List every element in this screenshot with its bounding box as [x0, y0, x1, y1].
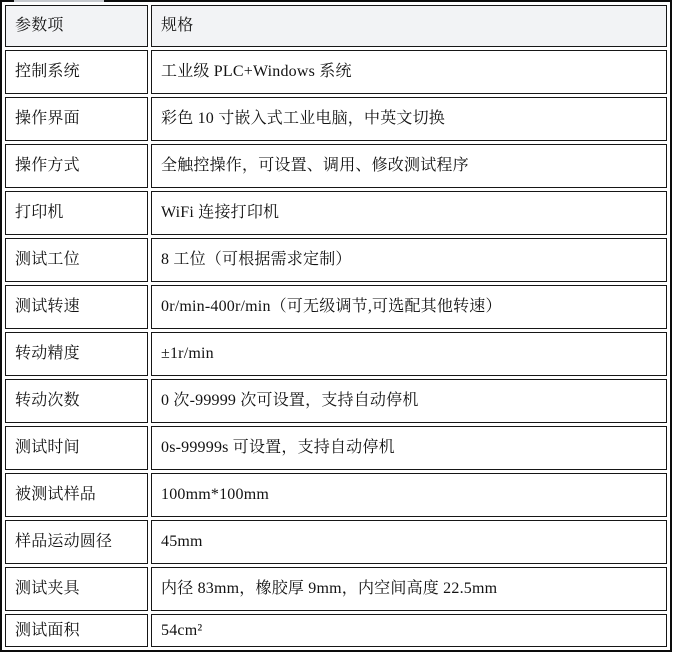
param-cell: 打印机: [5, 191, 148, 235]
table-row: 转动次数 0 次-99999 次可设置，支持自动停机: [5, 379, 667, 423]
table-row: 操作界面 彩色 10 寸嵌入式工业电脑，中英文切换: [5, 97, 667, 141]
table-header-row: 参数项 规格: [5, 5, 667, 47]
spec-table: 参数项 规格 控制系统 工业级 PLC+Windows 系统 操作界面 彩色 1…: [0, 0, 672, 652]
table-row: 操作方式 全触控操作，可设置、调用、修改测试程序: [5, 144, 667, 188]
table-row: 被测试样品 100mm*100mm: [5, 473, 667, 517]
spec-cell: 54cm²: [151, 614, 667, 647]
table-row: 测试时间 0s-99999s 可设置，支持自动停机: [5, 426, 667, 470]
table-row: 测试工位 8 工位（可根据需求定制）: [5, 238, 667, 282]
param-cell: 操作方式: [5, 144, 148, 188]
table-row: 测试面积 54cm²: [5, 614, 667, 647]
param-cell: 控制系统: [5, 50, 148, 94]
table-body: 控制系统 工业级 PLC+Windows 系统 操作界面 彩色 10 寸嵌入式工…: [5, 50, 667, 647]
spec-cell: WiFi 连接打印机: [151, 191, 667, 235]
param-cell: 测试转速: [5, 285, 148, 329]
spec-cell: 0 次-99999 次可设置，支持自动停机: [151, 379, 667, 423]
param-cell: 测试夹具: [5, 567, 148, 611]
param-cell: 测试时间: [5, 426, 148, 470]
spec-cell: 100mm*100mm: [151, 473, 667, 517]
spec-cell: 0s-99999s 可设置，支持自动停机: [151, 426, 667, 470]
spec-cell: 8 工位（可根据需求定制）: [151, 238, 667, 282]
table-row: 测试转速 0r/min-400r/min（可无级调节,可选配其他转速）: [5, 285, 667, 329]
spec-cell: 内径 83mm，橡胶厚 9mm，内空间高度 22.5mm: [151, 567, 667, 611]
table-row: 样品运动圆径 45mm: [5, 520, 667, 564]
param-cell: 测试面积: [5, 614, 148, 647]
table-row: 打印机 WiFi 连接打印机: [5, 191, 667, 235]
param-cell: 转动精度: [5, 332, 148, 376]
spec-cell: 全触控操作，可设置、调用、修改测试程序: [151, 144, 667, 188]
spec-cell: 0r/min-400r/min（可无级调节,可选配其他转速）: [151, 285, 667, 329]
spec-cell: ±1r/min: [151, 332, 667, 376]
spec-cell: 45mm: [151, 520, 667, 564]
table-row: 测试夹具 内径 83mm，橡胶厚 9mm，内空间高度 22.5mm: [5, 567, 667, 611]
table-row: 控制系统 工业级 PLC+Windows 系统: [5, 50, 667, 94]
spec-header-cell: 规格: [151, 5, 667, 47]
page: 参数项 规格 控制系统 工业级 PLC+Windows 系统 操作界面 彩色 1…: [0, 0, 676, 660]
param-cell: 样品运动圆径: [5, 520, 148, 564]
param-cell: 被测试样品: [5, 473, 148, 517]
table-row: 转动精度 ±1r/min: [5, 332, 667, 376]
param-cell: 操作界面: [5, 97, 148, 141]
clipped-row-artifact: [14, 0, 104, 2]
spec-cell: 工业级 PLC+Windows 系统: [151, 50, 667, 94]
param-cell: 转动次数: [5, 379, 148, 423]
param-header-cell: 参数项: [5, 5, 148, 47]
table-header: 参数项 规格: [5, 5, 667, 47]
param-cell: 测试工位: [5, 238, 148, 282]
spec-cell: 彩色 10 寸嵌入式工业电脑，中英文切换: [151, 97, 667, 141]
